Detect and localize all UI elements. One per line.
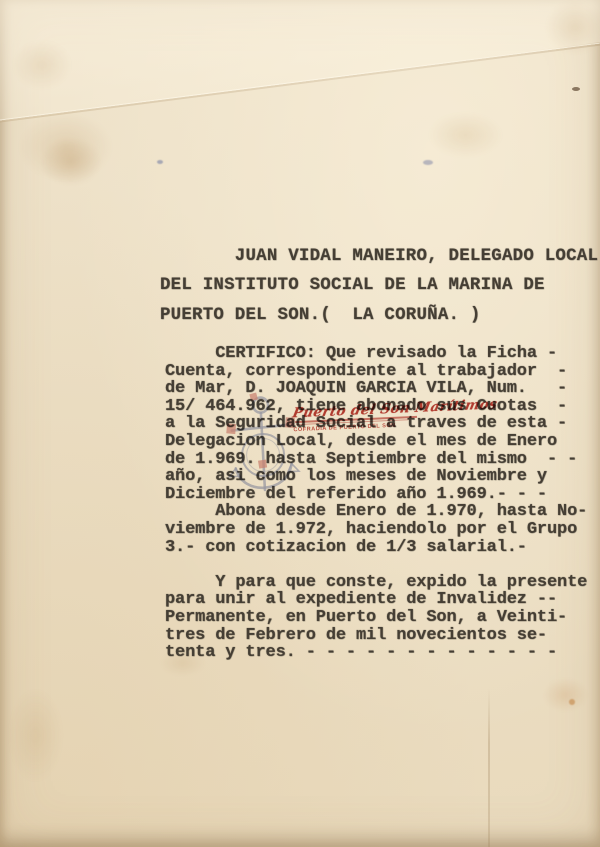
paper-stain [12, 40, 72, 90]
document-header: JUAN VIDAL MANEIRO, DELEGADO LOCAL DEL I… [160, 247, 598, 335]
ink-speck [423, 160, 433, 165]
body-line: de Mar, D. JOAQUIN GARCIA VILA, Num. - [165, 379, 587, 397]
vertical-crease [488, 688, 490, 847]
paper-stain [40, 138, 102, 186]
body-line: Y para que conste, expido la presente [165, 573, 587, 591]
document-body: CERTIFICO: Que revisado la Ficha - Cuent… [165, 344, 587, 661]
body-line: tres de Febrero de mil novecientos se- [165, 626, 587, 644]
body-line: a la Seguridad Social a traves de esta - [165, 414, 587, 432]
body-line [165, 555, 587, 573]
body-line: Cuenta, correspondiente al trabajador - [165, 362, 587, 380]
paper-stain [543, 678, 588, 712]
body-line: de 1.969. hasta Septiembre del mismo - - [165, 450, 587, 468]
body-line: para unir al expediente de Invalidez -- [165, 590, 587, 608]
fold-crease-highlight [0, 0, 600, 140]
body-line: Permanente, en Puerto del Son, a Veinti- [165, 608, 587, 626]
scanned-document-page: JUAN VIDAL MANEIRO, DELEGADO LOCAL DEL I… [0, 0, 600, 847]
body-line: Diciembre del referido año 1.969.- - - [165, 485, 587, 503]
paper-stain [428, 112, 503, 158]
header-line: DEL INSTITUTO SOCIAL DE LA MARINA DE [160, 276, 598, 305]
body-line: Delegacion Local, desde el mes de Enero [165, 432, 587, 450]
body-line: 3.- con cotizacion de 1/3 salarial.- [165, 538, 587, 556]
body-line: tenta y tres. - - - - - - - - - - - - - [165, 643, 587, 661]
body-line: año, asi como los meses de Noviembre y [165, 467, 587, 485]
paper-stain [18, 112, 113, 182]
body-line: 15/ 464.962, tiene abonado sus Cuotas - [165, 397, 587, 415]
fold-crease-line [0, 43, 600, 123]
ink-speck [572, 87, 580, 91]
paper-stain [8, 688, 63, 783]
ink-speck [157, 160, 163, 164]
body-line: CERTIFICO: Que revisado la Ficha - [165, 344, 587, 362]
body-line: Abona desde Enero de 1.970, hasta No- [165, 502, 587, 520]
body-line: viembre de 1.972, haciendolo por el Grup… [165, 520, 587, 538]
header-line: PUERTO DEL SON.( LA CORUÑA. ) [160, 306, 598, 335]
ink-speck [569, 699, 575, 705]
header-line: JUAN VIDAL MANEIRO, DELEGADO LOCAL [160, 247, 598, 276]
